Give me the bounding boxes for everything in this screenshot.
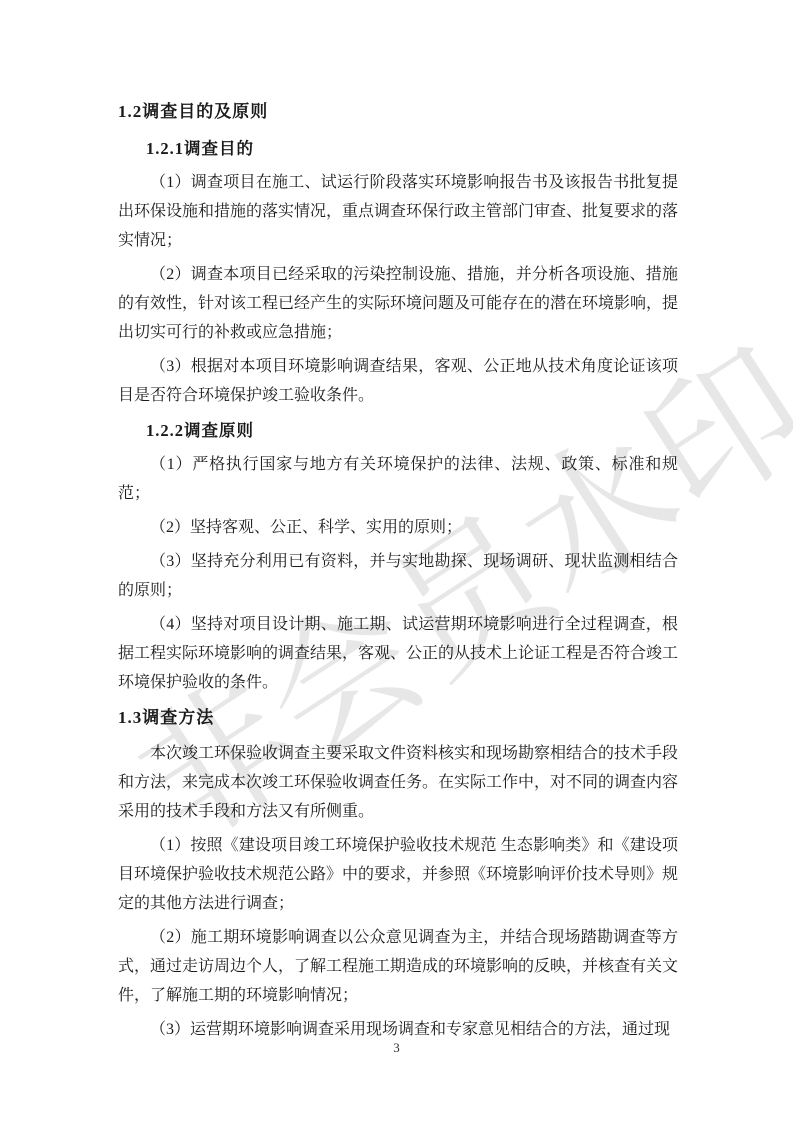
paragraph-principle-item-3: （3）坚持充分利用已有资料，并与实地勘探、现场调研、现状监测相结合的原则； — [118, 547, 678, 605]
paragraph-principle-item-2: （2）坚持客观、公正、科学、实用的原则； — [118, 513, 678, 542]
heading-1-2-survey-purpose-and-principles: 1.2调查目的及原则 — [118, 96, 678, 128]
document-page: 非会员水印 1.2调查目的及原则 1.2.1调查目的 （1）调查项目在施工、试运… — [0, 0, 793, 1122]
paragraph-method-item-1: （1）按照《建设项目竣工环境保护验收技术规范 生态影响类》和《建设项目环境保护验… — [118, 831, 678, 918]
paragraph-purpose-item-3: （3）根据对本项目环境影响调查结果，客观、公正地从技术角度论证该项目是否符合环境… — [118, 352, 678, 410]
heading-1-2-1-survey-purpose: 1.2.1调查目的 — [118, 133, 678, 165]
paragraph-principle-item-1: （1）严格执行国家与地方有关环境保护的法律、法规、政策、标准和规范； — [118, 450, 678, 508]
paragraph-principle-item-4: （4）坚持对项目设计期、施工期、试运营期环境影响进行全过程调查，根据工程实际环境… — [118, 610, 678, 697]
paragraph-purpose-item-2: （2）调查本项目已经采取的污染控制设施、措施，并分析各项设施、措施的有效性，针对… — [118, 260, 678, 347]
document-content: 1.2调查目的及原则 1.2.1调查目的 （1）调查项目在施工、试运行阶段落实环… — [118, 96, 678, 1049]
page-number: 3 — [0, 1040, 793, 1056]
heading-1-3-survey-methods: 1.3调查方法 — [118, 702, 678, 734]
paragraph-purpose-item-1: （1）调查项目在施工、试运行阶段落实环境影响报告书及该报告书批复提出环保设施和措… — [118, 168, 678, 255]
heading-1-2-2-survey-principles: 1.2.2调查原则 — [118, 415, 678, 447]
paragraph-methods-intro: 本次竣工环保验收调查主要采取文件资料核实和现场勘察相结合的技术手段和方法，来完成… — [118, 739, 678, 826]
paragraph-method-item-2: （2）施工期环境影响调查以公众意见调查为主，并结合现场踏勘调查等方式，通过走访周… — [118, 923, 678, 1010]
